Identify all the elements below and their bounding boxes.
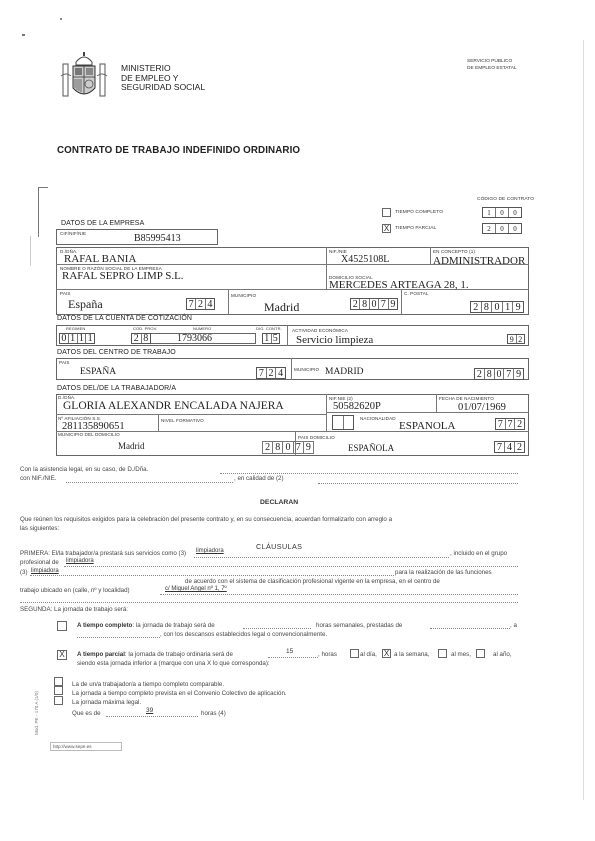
primera-funciones[interactable]: limpiadora [31,568,59,574]
al-ano-checkbox[interactable] [476,649,485,658]
actividad-value: Servicio limpieza [296,334,373,346]
sub-option-convenio: La jornada a tiempo completo prevista en… [72,690,287,697]
nacimiento-label: FECHA DE NACIMIENTO [439,396,494,401]
empresa-municipio: Madrid [264,300,299,315]
nivel-label: NIVEL FORMATIVO [161,418,204,423]
prov-code: 2 8 [131,333,151,344]
full-time-label: TIEMPO COMPLETO [395,210,443,215]
centro-grid [56,358,529,380]
municipio-domicilio-label: MUNICIPIO DEL DOMICILIO [58,432,120,437]
divider [56,414,326,415]
cp-code: 2 8 0 1 9 [470,301,524,313]
dotted-line [64,566,518,567]
regimen-code: 0 1 1 1 [59,333,95,344]
primera-f: de acuerdo con el sistema de clasificaci… [185,578,440,585]
contract-code-label: CÓDIGO DE CONTRATO [477,197,534,202]
agency-line: DE EMPLEO ESTATAL [467,66,517,73]
dotted-line [20,602,518,603]
actividad-code: 9 2 [507,334,525,344]
scan-mark [22,34,25,36]
centro-municipio-code: 2 8 0 7 9 [474,368,524,380]
divider [430,247,431,264]
completo-dias-desde-field[interactable] [430,628,510,629]
numero-value: 1793066 [177,333,212,344]
margin-bracket [38,187,48,188]
dotted-line [194,557,449,558]
razon-value: RAFAL SEPRO LIMP S.L. [62,270,184,282]
trabajador-dona: GLORIA ALEXANDR ENCALADA NAJERA [63,400,284,412]
nacimiento-value: 01/07/1969 [458,402,506,413]
full-time-checkbox[interactable] [382,208,391,217]
scan-mark [60,18,62,20]
empresa-pais: España [68,297,103,312]
empresa-pais-label: PAIS [60,291,71,296]
sub-option-maxima: La jornada máxima legal. [72,699,141,706]
concepto-value: ADMINISTRADOR [433,255,525,267]
primera-g: trabajo ubicado en (calle, nº y localida… [20,587,130,594]
divider [56,431,529,432]
tiempo-completo-desc: : la jornada de trabajo será de [132,622,214,629]
nacionalidad-code: 7 7 2 [495,418,525,430]
dig-code: 1 5 [262,333,280,344]
tiempo-parcial-label: A tiempo parcial [77,651,125,658]
tiempo-completo-label: A tiempo completo [77,622,132,629]
model-code: Mod. PE - 170 A (1/0) [34,691,39,735]
tiempo-completo-checkbox[interactable] [57,621,67,631]
asistencia-calidad-field[interactable] [318,483,518,484]
trabajador-nif: 50582620P [333,401,381,412]
divider [158,414,159,431]
margin-bracket [30,236,31,266]
a-la-semana-checkbox[interactable]: X [382,649,391,658]
part-time-checkbox[interactable]: X [382,224,391,233]
asistencia-line2b: , en calidad de (2) [234,475,284,482]
centro-pais-label: PAIS [59,360,70,365]
nacionalidad-label: NACIONALIDAD [360,416,396,421]
parcial-horas-value[interactable]: 15 [286,648,293,655]
completo-text2: horas semanales, prestadas de [316,622,402,629]
divider [228,289,229,315]
horas-4-label: horas (4) [201,710,226,717]
sub-option-comparable: La de un/a trabajador/a a tiempo complet… [72,681,224,688]
asistencia-nif-field[interactable] [66,482,233,483]
convenio-checkbox[interactable] [54,686,63,695]
tiempo-parcial-checkbox[interactable]: X [57,650,67,660]
que-es-de-hours[interactable]: 39 [146,707,153,714]
dig-label: DIG. CONTR. [256,326,282,331]
parcial-text3: siendo esta jornada inferior a (marque c… [77,660,270,667]
ministry-line: SEGURIDAD SOCIAL [121,83,205,93]
page-title: CONTRATO DE TRABAJO INDEFINIDO ORDINARIO [57,145,300,156]
part-time-label: TIEMPO PARCIAL [395,226,436,231]
primera-grupo[interactable]: limpiadora [66,558,94,564]
a-la-semana-label: a la semana, [394,651,429,658]
que-es-de-label: Que es de [72,710,101,717]
centro-pais: ESPAÑA [80,367,116,377]
al-mes-checkbox[interactable] [438,649,447,658]
declaran-text1: Que reúnen los requisitos exigidos para … [20,516,392,523]
al-ano-label: al año, [493,651,512,658]
asistencia-line2a: con NIF./NIE. [20,475,56,482]
agency-line: SERVICIO PUBLICO [467,59,517,66]
cp-label: C. POSTAL [404,291,429,296]
nivel-formativo-code[interactable] [332,415,354,430]
empresa-municipio-code: 2 8 0 7 9 [350,298,398,310]
divider [326,247,327,289]
dotted-line [106,716,198,717]
divider [287,325,288,346]
dotted-line [268,657,318,658]
centro-municipio: MADRID [325,367,364,377]
maxima-legal-checkbox[interactable] [54,696,63,705]
actividad-label: ACTIVIDAD ECONÓMICA [292,328,348,333]
regimen-label: REGIMEN [66,326,85,331]
empresa-dona: RAFAL BANIA [64,253,136,265]
scan-edge-line [583,40,584,800]
cif-label: CIF/NIF/NIE [60,231,86,236]
margin-bracket [38,187,39,237]
dotted-line [160,594,518,595]
completo-horas-field[interactable] [243,628,311,629]
empresa-municipio-label: MUNICIPIO [231,293,256,298]
primera-d: (3) [20,569,28,576]
empresa-pais-code: 7 2 4 [186,298,215,310]
pais-domicilio: ESPAÑOLA [348,443,394,453]
completo-text3: , a [510,622,517,629]
primera-centro-direccion[interactable]: c/ Miguel Angel nº 1, 7º [165,586,227,592]
nacionalidad-value: ESPANOLA [399,420,455,432]
cif-value: B85995413 [134,233,181,244]
section-cotizacion: DATOS DE LA CUENTA DE COTIZACIÓN [57,315,192,322]
pais-domicilio-label: PAIS DOMICILIO [298,435,335,440]
primera-c: profesional de [20,559,59,566]
comparable-checkbox[interactable] [54,677,63,686]
primera-b: , incluido en el grupo [450,550,507,557]
section-trabajador: DATOS DEL/DE LA TRABAJADOR/A [57,385,176,392]
section-centro: DATOS DEL CENTRO DE TRABAJO [57,349,176,356]
completo-dias-hasta-field[interactable] [77,637,160,638]
agency-name: SERVICIO PUBLICO DE EMPLEO ESTATAL [467,59,517,72]
divider [291,358,292,380]
full-time-code: 1 0 0 [482,207,522,218]
divider [401,289,402,315]
municipio-domicilio: Madrid [118,441,145,451]
cif-field: CIF/NIF/NIE B85995413 [56,229,218,245]
afiliacion-value: 281135890651 [62,421,125,432]
tiempo-completo-text: A tiempo completo: la jornada de trabajo… [77,622,215,629]
asistencia-line1: Con la asistencia legal, en su caso, de … [20,466,148,473]
tiempo-parcial-desc: : la jornada de trabajo ordinaria será d… [125,651,233,658]
segunda-heading: SEGUNDA: La jornada de trabajo será: [20,606,128,613]
municipio-domicilio-code: 2 8 0 7 9 [262,441,314,454]
divider [436,394,437,412]
declaran-heading: DECLARAN [260,499,298,506]
primera-a: PRIMERA: El/la trabajador/a prestará sus… [20,550,186,557]
primera-e: para la realización de las funciones [395,569,492,576]
al-mes-label: al mes, [451,651,471,658]
empresa-nif: X4525108L [341,254,389,265]
ministry-name: MINISTERIO DE EMPLEO Y SEGURIDAD SOCIAL [121,64,205,93]
prov-label: COD. PROV. [133,326,157,331]
pais-domicilio-code: 7 4 2 [494,441,525,453]
sepe-url[interactable]: http://www.sepe.es [50,742,122,751]
tiempo-parcial-text: A tiempo parcial: la jornada de trabajo … [77,651,233,658]
asistencia-name-field[interactable] [220,473,518,474]
dotted-line [30,575,394,576]
centro-pais-code: 7 2 4 [256,367,286,379]
centro-municipio-label: MUNICIPIO [294,367,319,372]
completo-text4: , con los descansos establecidos legal o… [160,631,327,638]
clausulas-heading: CLÁUSULAS [256,542,302,551]
al-dia-checkbox[interactable] [350,649,359,658]
parcial-text2: , horas [318,651,337,658]
part-time-code: 2 0 0 [482,223,522,234]
section-empresa: DATOS DE LA EMPRESA [61,220,144,227]
concepto-label: EN CONCEPTO (1) [433,249,475,254]
numero-label: NUMERO [193,326,211,331]
primera-categoria[interactable]: limpiadora [196,548,224,554]
domicilio-value: MERCEDES ARTEAGA 28, 1. [329,279,469,291]
coat-of-arms-icon [58,50,110,104]
declaran-text2: las siguientes: [20,525,59,532]
al-dia-label: al día, [360,651,377,658]
